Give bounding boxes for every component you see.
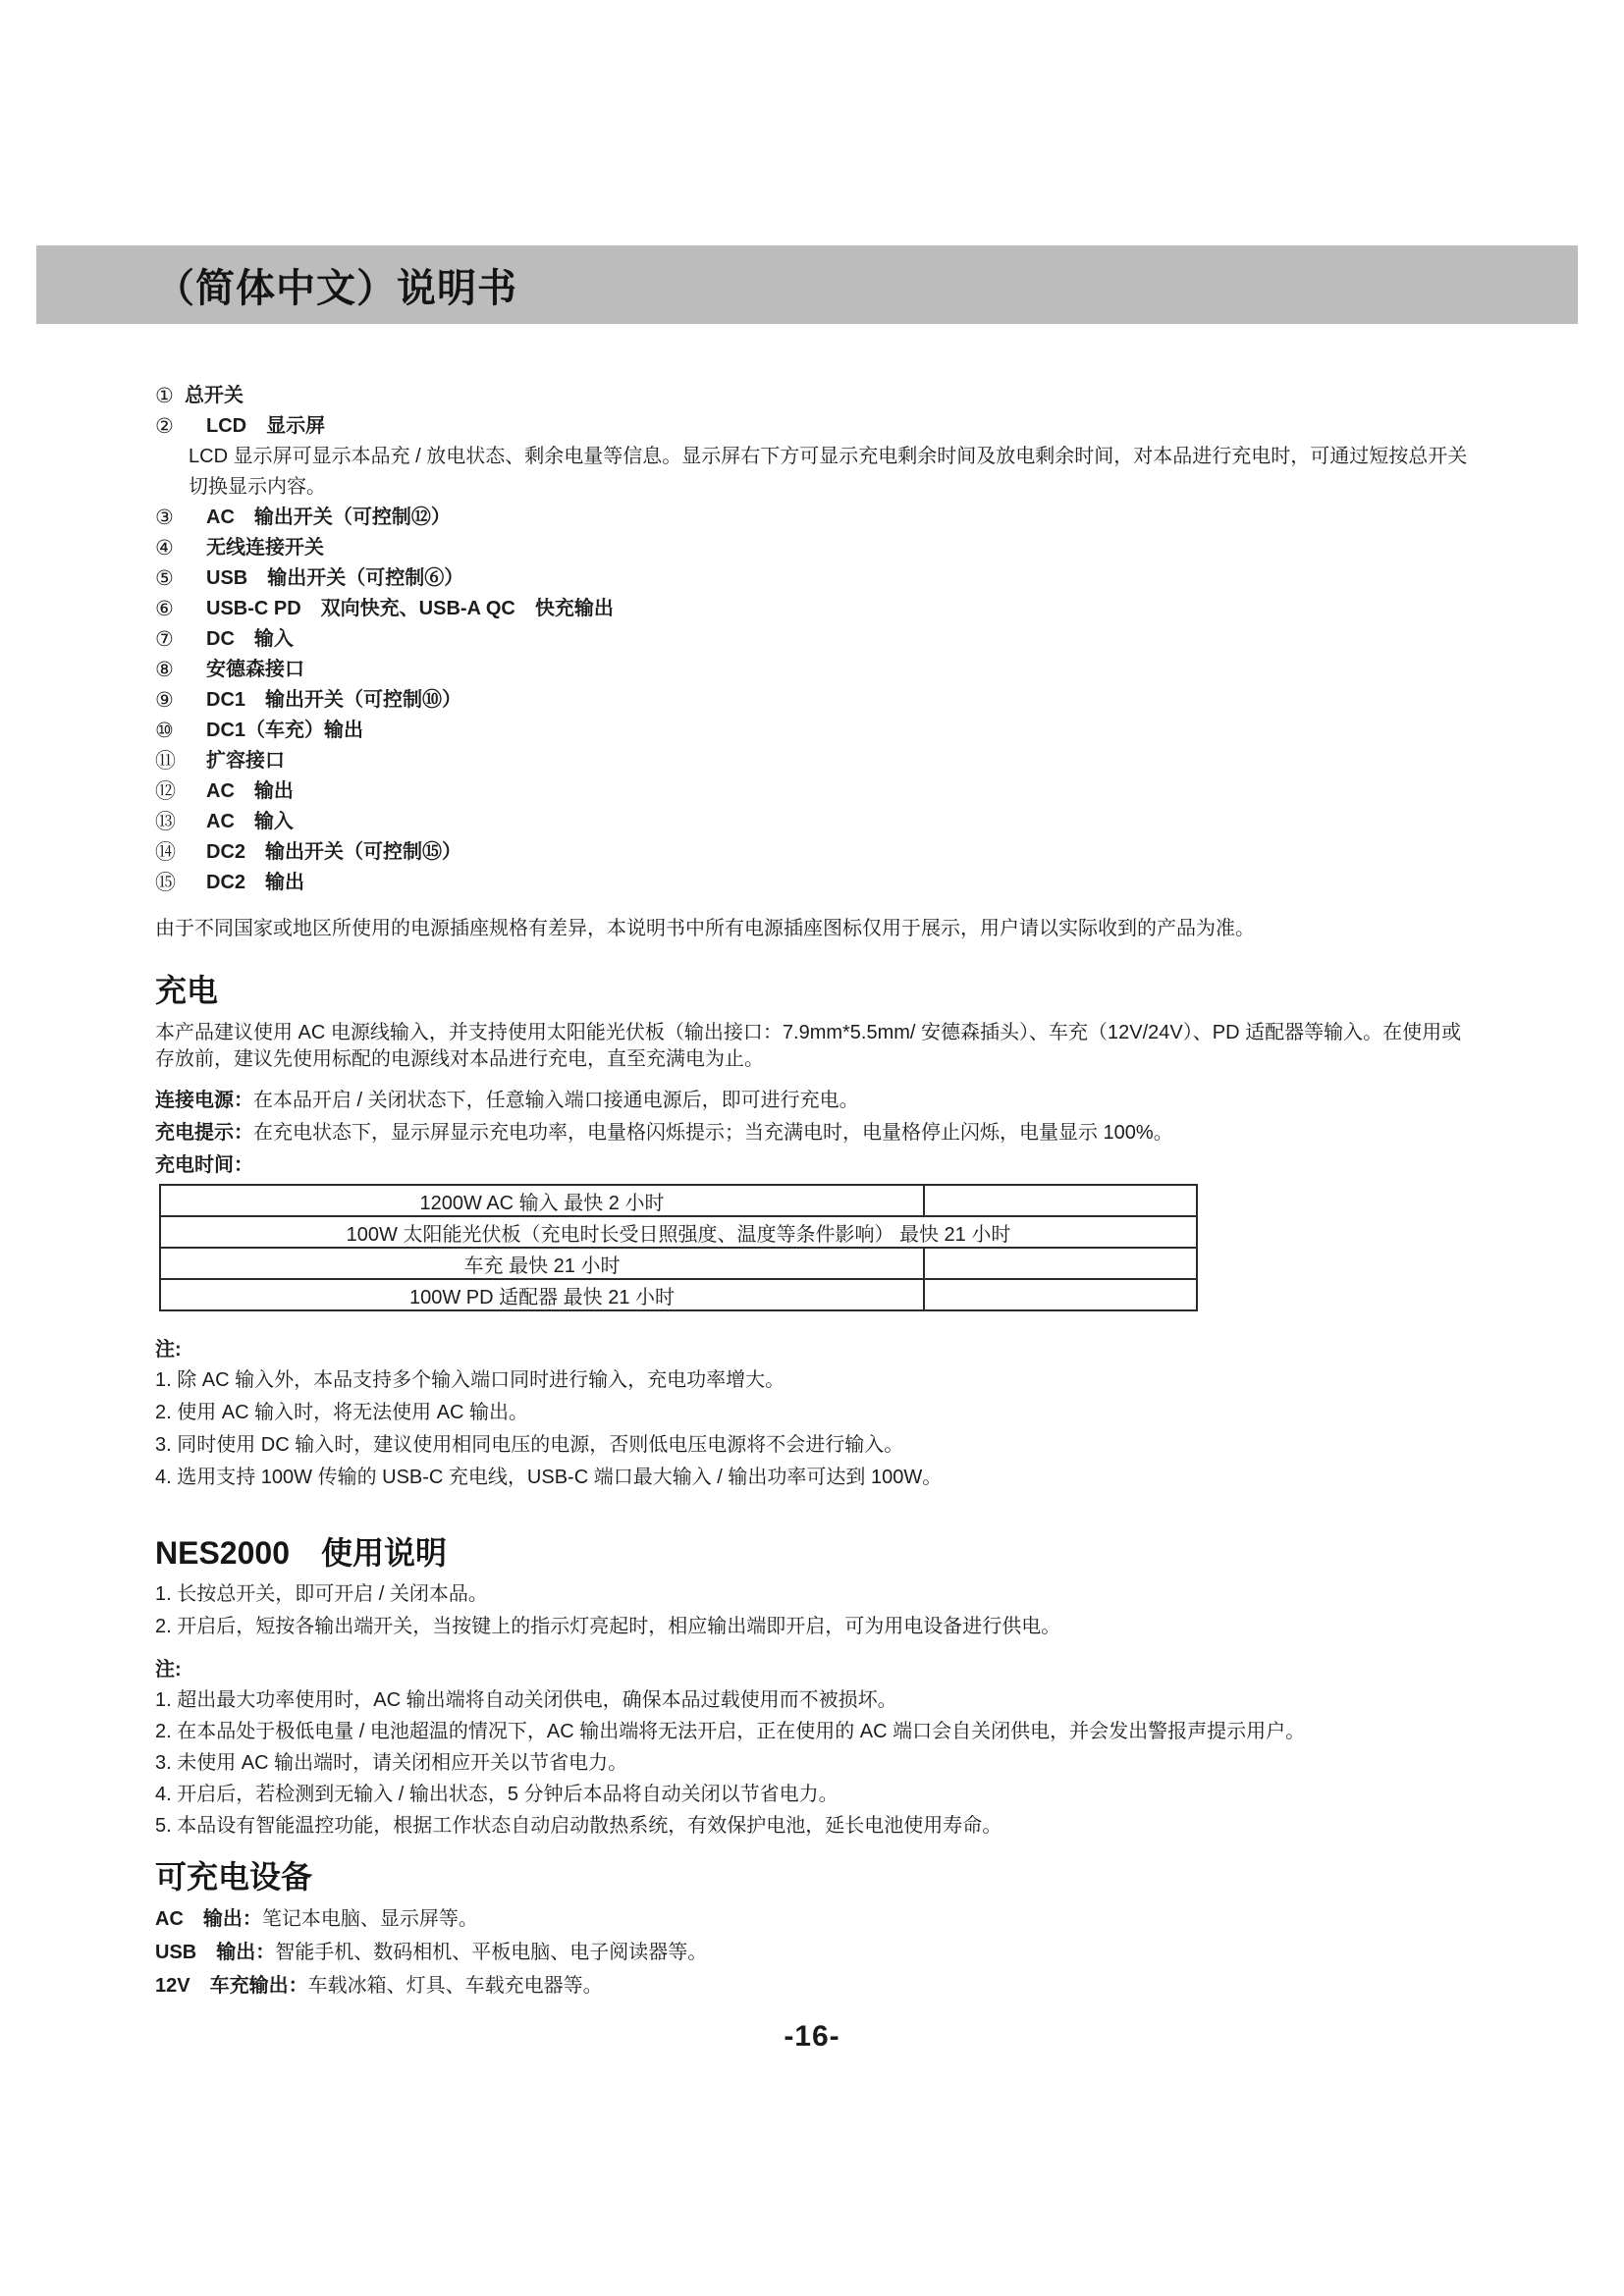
- table-row: 100W 太阳能光伏板（充电时长受日照强度、温度等条件影响） 最快 21 小时: [160, 1216, 1197, 1248]
- device-line: 12V 车充输出：车载冰箱、灯具、车载充电器等。: [155, 1969, 1473, 2002]
- charging-tip-label: 充电提示：: [155, 1122, 253, 1144]
- item-number: ⑮: [155, 868, 206, 898]
- item-number: ⑬: [155, 807, 206, 837]
- item-label: 无线连接开关: [206, 533, 324, 563]
- parts-list-item: ⑭DC2 输出开关（可控制⑮）: [155, 837, 1473, 868]
- devices-section-heading: 可充电设备: [155, 1857, 1473, 1896]
- usage-note: 1. 超出最大功率使用时，AC 输出端将自动关闭供电，确保本品过载使用而不被损坏…: [155, 1684, 1473, 1716]
- charging-time-label: 充电时间：: [155, 1154, 253, 1176]
- item-label: LCD 显示屏: [206, 411, 325, 442]
- item-label: 安德森接口: [206, 655, 304, 685]
- item-label: DC 输入: [206, 624, 294, 655]
- device-line-label: 12V 车充输出：: [155, 1975, 308, 1997]
- table-cell-empty: [924, 1279, 1197, 1310]
- item-label: AC 输入: [206, 807, 294, 837]
- item-label: AC 输出: [206, 776, 294, 807]
- item-label: AC 输出开关（可控制⑫）: [206, 503, 451, 533]
- item-label: DC2 输出: [206, 868, 304, 898]
- usage-steps: 1. 长按总开关，即可开启 / 关闭本品。 2. 开启后，短按各输出端开关，当按…: [155, 1578, 1473, 1643]
- table-row: 1200W AC 输入 最快 2 小时: [160, 1185, 1197, 1216]
- parts-list-item: ⑨DC1 输出开关（可控制⑩）: [155, 685, 1473, 716]
- item-label: DC2 输出开关（可控制⑮）: [206, 837, 461, 868]
- charging-note: 4. 选用支持 100W 传输的 USB-C 充电线，USB-C 端口最大输入 …: [155, 1462, 1473, 1494]
- usage-section-heading: NES2000 使用说明: [155, 1533, 1473, 1573]
- usage-notes-label: 注:: [155, 1655, 1473, 1684]
- item-number: ⑪: [155, 746, 206, 776]
- page-number: -16-: [0, 2020, 1624, 2054]
- item-number: ⑨: [155, 685, 206, 716]
- socket-note: 由于不同国家或地区所使用的电源插座规格有差异，本说明书中所有电源插座图标仅用于展…: [155, 914, 1473, 943]
- document-body: ①总开关 ②LCD 显示屏 LCD 显示屏可显示本品充 / 放电状态、剩余电量等…: [155, 381, 1473, 2002]
- usage-note: 5. 本品设有智能温控功能，根据工作状态自动启动散热系统，有效保护电池，延长电池…: [155, 1810, 1473, 1842]
- device-line-label: USB 输出：: [155, 1942, 275, 1963]
- item-number: ③: [155, 503, 206, 533]
- charging-tip-line: 充电提示：在充电状态下，显示屏显示充电功率，电量格闪烁提示；当充满电时，电量格停…: [155, 1117, 1473, 1149]
- usage-note: 4. 开启后，若检测到无输入 / 输出状态，5 分钟后本品将自动关闭以节省电力。: [155, 1779, 1473, 1810]
- devices-list: AC 输出：笔记本电脑、显示屏等。 USB 输出：智能手机、数码相机、平板电脑、…: [155, 1902, 1473, 2002]
- usage-note: 3. 未使用 AC 输出端时，请关闭相应开关以节省电力。: [155, 1747, 1473, 1779]
- charging-time-line: 充电时间：: [155, 1149, 1473, 1182]
- parts-list: ①总开关 ②LCD 显示屏 LCD 显示屏可显示本品充 / 放电状态、剩余电量等…: [155, 381, 1473, 898]
- item-number: ⑩: [155, 716, 206, 746]
- device-line-text: 智能手机、数码相机、平板电脑、电子阅读器等。: [275, 1942, 707, 1963]
- item-label: DC1 输出开关（可控制⑩）: [206, 685, 461, 716]
- table-cell-solar-input: 100W 太阳能光伏板（充电时长受日照强度、温度等条件影响） 最快 21 小时: [160, 1216, 1197, 1248]
- parts-list-item: ⑪扩容接口: [155, 746, 1473, 776]
- device-line-text: 笔记本电脑、显示屏等。: [262, 1908, 478, 1930]
- charging-tip-text: 在充电状态下，显示屏显示充电功率，电量格闪烁提示；当充满电时，电量格停止闪烁，电…: [253, 1122, 1173, 1144]
- parts-list-item: ⑤USB 输出开关（可控制⑥）: [155, 563, 1473, 594]
- item-number: ⑦: [155, 624, 206, 655]
- parts-list-item: ②LCD 显示屏: [155, 411, 1473, 442]
- item-label: USB 输出开关（可控制⑥）: [206, 563, 463, 594]
- table-row: 车充 最快 21 小时: [160, 1248, 1197, 1279]
- item-label: 总开关: [185, 381, 244, 411]
- table-cell-empty: [924, 1185, 1197, 1216]
- table-cell-car-input: 车充 最快 21 小时: [160, 1248, 924, 1279]
- charging-note: 1. 除 AC 输入外，本品支持多个输入端口同时进行输入，充电功率增大。: [155, 1364, 1473, 1397]
- table-cell-pd-input: 100W PD 适配器 最快 21 小时: [160, 1279, 924, 1310]
- usage-step: 2. 开启后，短按各输出端开关，当按键上的指示灯亮起时，相应输出端即开启，可为用…: [155, 1611, 1473, 1643]
- item-number: ⑧: [155, 655, 206, 685]
- charging-connect-label: 连接电源：: [155, 1090, 253, 1111]
- device-line-label: AC 输出：: [155, 1908, 262, 1930]
- device-line: AC 输出：笔记本电脑、显示屏等。: [155, 1902, 1473, 1936]
- usage-note: 2. 在本品处于极低电量 / 电池超温的情况下，AC 输出端将无法开启，正在使用…: [155, 1716, 1473, 1747]
- parts-list-item: ⑩DC1（车充）输出: [155, 716, 1473, 746]
- parts-list-item: ⑦DC 输入: [155, 624, 1473, 655]
- parts-list-item: ①总开关: [155, 381, 1473, 411]
- charging-section-heading: 充电: [155, 971, 1473, 1010]
- parts-list-item: ⑧安德森接口: [155, 655, 1473, 685]
- charging-notes-label: 注:: [155, 1335, 1473, 1364]
- item-label: 扩容接口: [206, 746, 285, 776]
- lcd-description: LCD 显示屏可显示本品充 / 放电状态、剩余电量等信息。显示屏右下方可显示充电…: [189, 442, 1473, 503]
- table-cell-ac-input: 1200W AC 输入 最快 2 小时: [160, 1185, 924, 1216]
- item-number: ⑭: [155, 837, 206, 868]
- parts-list-item: ④无线连接开关: [155, 533, 1473, 563]
- parts-list-item: ③AC 输出开关（可控制⑫）: [155, 503, 1473, 533]
- parts-list-item: ⑬AC 输入: [155, 807, 1473, 837]
- charging-note: 3. 同时使用 DC 输入时，建议使用相同电压的电源，否则低电压电源将不会进行输…: [155, 1429, 1473, 1462]
- item-number: ⑥: [155, 594, 206, 624]
- parts-list-item: ⑮DC2 输出: [155, 868, 1473, 898]
- item-number: ④: [155, 533, 206, 563]
- charging-connect-text: 在本品开启 / 关闭状态下，任意输入端口接通电源后，即可进行充电。: [253, 1090, 859, 1111]
- item-number: ②: [155, 411, 206, 442]
- section-banner: （简体中文）说明书: [36, 245, 1578, 324]
- device-line: USB 输出：智能手机、数码相机、平板电脑、电子阅读器等。: [155, 1936, 1473, 1969]
- charging-connect-line: 连接电源：在本品开启 / 关闭状态下，任意输入端口接通电源后，即可进行充电。: [155, 1085, 1473, 1117]
- charging-intro: 本产品建议使用 AC 电源线输入，并支持使用太阳能光伏板（输出接口：7.9mm*…: [155, 1020, 1473, 1073]
- table-row: 100W PD 适配器 最快 21 小时: [160, 1279, 1197, 1310]
- charging-note: 2. 使用 AC 输入时，将无法使用 AC 输出。: [155, 1397, 1473, 1429]
- item-label: DC1（车充）输出: [206, 716, 363, 746]
- item-number: ⑫: [155, 776, 206, 807]
- table-cell-empty: [924, 1248, 1197, 1279]
- item-number: ①: [155, 381, 185, 411]
- device-line-text: 车载冰箱、灯具、车载充电器等。: [308, 1975, 603, 1997]
- page-title: （简体中文）说明书: [155, 257, 517, 313]
- item-label: USB-C PD 双向快充、USB-A QC 快充输出: [206, 594, 614, 624]
- charging-time-table: 1200W AC 输入 最快 2 小时 100W 太阳能光伏板（充电时长受日照强…: [159, 1184, 1198, 1311]
- item-number: ⑤: [155, 563, 206, 594]
- parts-list-item: ⑫AC 输出: [155, 776, 1473, 807]
- parts-list-item: ⑥USB-C PD 双向快充、USB-A QC 快充输出: [155, 594, 1473, 624]
- usage-step: 1. 长按总开关，即可开启 / 关闭本品。: [155, 1578, 1473, 1611]
